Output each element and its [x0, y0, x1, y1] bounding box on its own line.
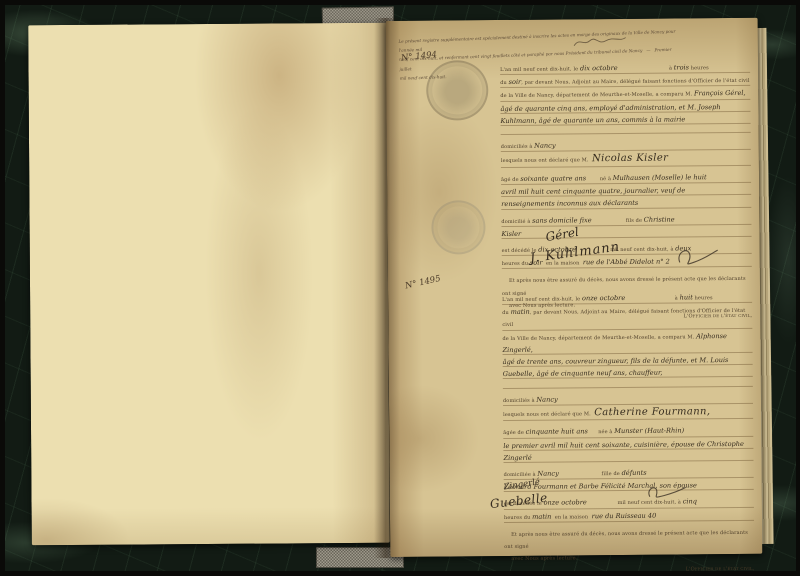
act-line: Et après nous être assuré du décès, nous… — [504, 525, 754, 552]
printed-form-text: , par devant Nous, Adjoint au Maire, dél… — [521, 78, 749, 86]
handwritten-text: avril mil huit cent cinquante quatre, jo… — [501, 187, 685, 197]
handwritten-text: François Gérel, — [694, 89, 746, 97]
handwritten-text: Zingerlé — [503, 453, 531, 461]
handwritten-text: Nicolas Kisler — [592, 153, 668, 165]
act-line: Zingerlé — [503, 449, 753, 463]
handwritten-text: Catherine Fourmann, — [594, 406, 710, 418]
printed-form-text: L'an mil neuf cent dix-huit, le — [500, 66, 580, 73]
official-round-seal — [426, 60, 489, 121]
act-line: du matin, par devant Nous, Adjoint au Ma… — [502, 303, 752, 331]
handwritten-text: dix octobre — [580, 64, 618, 72]
handwritten-text: onze octobre — [582, 294, 625, 302]
printed-form-text: L'Officier de l'état civil, — [686, 566, 755, 573]
act-line: Léonard Fourmann et Barbe Félicité March… — [504, 478, 754, 492]
handwritten-text: Kisler — [501, 230, 521, 238]
printed-form-text: Et après nous être assuré du décès, nous… — [504, 530, 749, 550]
printed-form-text: âgée de — [503, 430, 525, 436]
officer-paraphe-icon — [642, 480, 688, 504]
handwritten-text: soixante quatre ans — [520, 174, 586, 183]
printed-form-text: âgé de — [501, 177, 520, 183]
handwritten-text: trois — [674, 63, 689, 71]
death-act-entry-2: L'an mil neuf cent dix-huit, le onze oct… — [502, 290, 754, 576]
printed-form-text: lesquels nous ont déclaré que M. — [501, 158, 592, 165]
handwritten-text: rue de l'Abbé Didelot n° 2 — [583, 258, 670, 267]
act-line: lesquels nous ont déclaré que M. Nicolas… — [501, 150, 751, 168]
handwritten-text: soir — [509, 78, 522, 86]
act-line — [501, 124, 751, 135]
printed-form-text: lesquels nous ont déclaré que M. — [503, 411, 594, 418]
printed-form-text: fils de — [592, 217, 644, 223]
printed-form-text: heures du — [504, 514, 532, 520]
printed-form-text: née à — [588, 429, 614, 435]
printed-form-text: domiciliés à — [503, 397, 536, 403]
act-line: lesquels nous ont déclaré que M. Catheri… — [503, 404, 753, 422]
handwritten-text: Guebelle, âgé de cinquante neuf ans, cha… — [503, 369, 663, 378]
act-line: Kisler — [501, 225, 751, 239]
left-blank-page — [28, 23, 390, 545]
handwritten-text: Nancy — [537, 469, 558, 477]
act-line — [503, 377, 753, 388]
printed-form-text: à — [618, 65, 674, 71]
printed-form-text: heures du — [502, 261, 530, 267]
register-book-scan: Le présent registre supplémentaire est s… — [0, 0, 800, 576]
handwritten-text: matin — [532, 512, 551, 520]
handwritten-text: Munster (Haut-Rhin) — [614, 427, 684, 436]
faded-embossed-seal — [431, 200, 485, 254]
printed-form-text: à — [625, 295, 679, 301]
printed-form-text: de la Ville de Nancy, département de Meu… — [500, 92, 694, 100]
printed-form-text: de la Ville de Nancy, département de Meu… — [502, 334, 696, 342]
act-line: heures du matin en la maison rue du Ruis… — [504, 507, 754, 522]
president-signature-scrawl — [571, 31, 628, 50]
death-act-entry-1: L'an mil neuf cent dix-huit, le dix octo… — [500, 60, 752, 322]
handwritten-text: Mulhausen (Moselle) le huit — [613, 173, 707, 182]
printed-form-text: avec Nous après lecture. — [511, 555, 577, 562]
handwritten-text: Kuhlmann, âgé de quarante un ans, commis… — [501, 115, 686, 125]
right-register-page: Le présent registre supplémentaire est s… — [386, 18, 763, 557]
handwritten-text: renseignements inconnus aux déclarants — [501, 199, 638, 208]
printed-form-text: domicilié à — [501, 218, 532, 224]
handwritten-text: huit — [680, 293, 693, 301]
printed-form-text: heures — [689, 65, 709, 71]
handwritten-text: onze octobre — [544, 499, 587, 507]
handwritten-text: cinquante huit ans — [526, 428, 588, 437]
printed-form-text: fille de — [559, 471, 622, 478]
handwritten-text: âgé de trente ans, couvreur zingueur, fi… — [503, 356, 729, 366]
officer-paraphe-icon — [674, 242, 720, 270]
handwritten-text: matin — [511, 308, 530, 316]
handwritten-text: Nancy — [534, 142, 555, 150]
handwritten-text: rue du Ruisseau 40 — [592, 511, 657, 520]
handwritten-text: sans domicile fixe — [532, 216, 592, 225]
printed-form-text: , par devant Nous, Adjoint au Maire, dél… — [502, 308, 747, 328]
act-line: de la Ville de Nancy, département de Meu… — [502, 328, 752, 355]
handwritten-text: défunts — [622, 469, 647, 477]
printed-form-text: heures — [693, 295, 713, 301]
act-number-1495: N° 1495 — [404, 274, 441, 292]
act-line: L'Officier de l'état civil, — [504, 561, 754, 575]
printed-form-text: né à — [586, 176, 613, 182]
handwritten-text: Nancy — [536, 395, 557, 403]
handwritten-text: âgé de quarante cinq ans, employé d'admi… — [500, 103, 720, 113]
printed-form-text: L'an mil neuf cent dix-huit, le — [502, 296, 582, 303]
printed-form-text: domiciliés à — [501, 144, 534, 150]
printed-form-text: en la maison — [551, 514, 591, 520]
act-line: renseignements inconnus aux déclarants — [501, 195, 751, 209]
printed-form-text: domiciliée à — [504, 472, 538, 478]
handwritten-text: Christine — [644, 215, 675, 223]
